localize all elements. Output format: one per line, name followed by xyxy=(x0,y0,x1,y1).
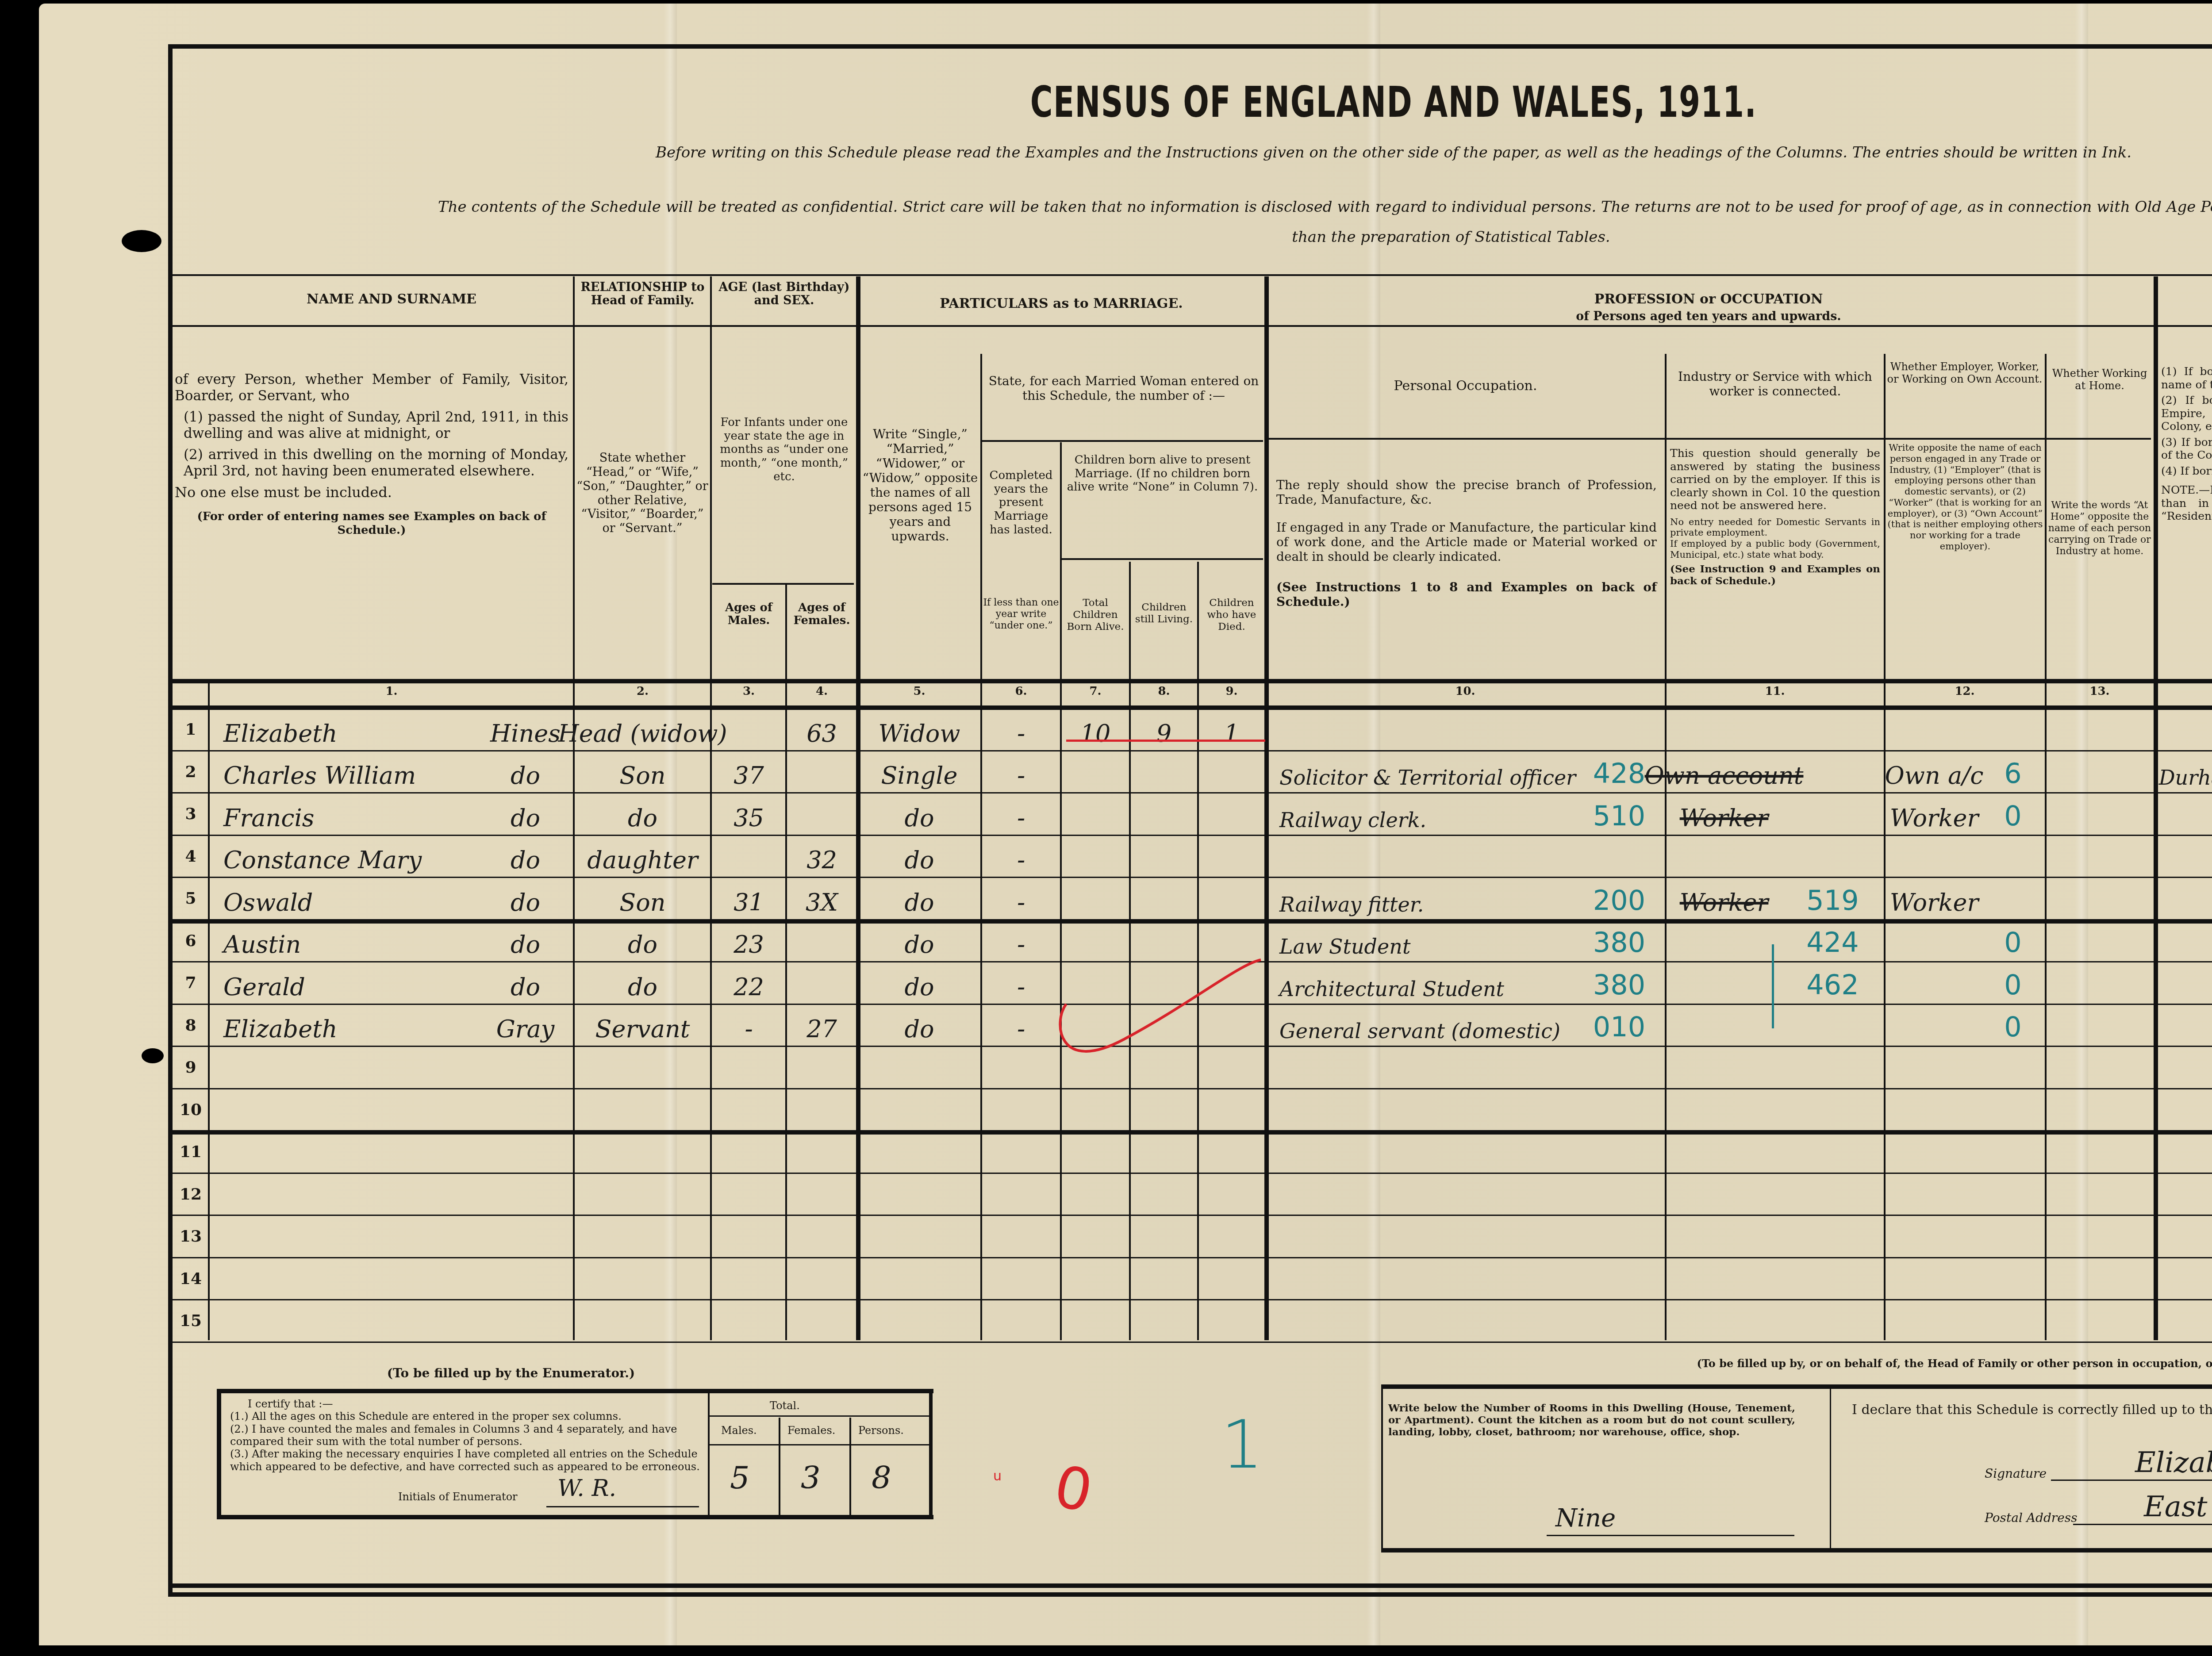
table-cell xyxy=(858,1088,980,1131)
table-cell xyxy=(210,1215,476,1257)
table-cell xyxy=(1131,919,1197,962)
header-relationship-title: RELATIONSHIP to Head of Family. xyxy=(575,281,710,307)
cell-years: - xyxy=(1017,889,1025,916)
cell-emp-code: 0 xyxy=(2004,926,2021,958)
table-cell: Son xyxy=(575,877,710,919)
cell-marital: do xyxy=(904,973,934,1001)
table-cell xyxy=(1199,919,1264,962)
table-cell: Elizabeth xyxy=(210,708,476,750)
cell-surname: do xyxy=(511,804,540,832)
initials-label: Initials of Enumerator xyxy=(398,1491,518,1503)
table-cell: do xyxy=(575,961,710,1004)
header-years-note: If less than one year write “under one.” xyxy=(982,597,1060,632)
table-cell xyxy=(712,1173,785,1215)
table-cell: Worker xyxy=(1886,792,1983,835)
binding-hole xyxy=(122,230,161,252)
cell-years: - xyxy=(1017,762,1025,790)
table-cell: Single xyxy=(858,750,980,793)
name-desc-3: No one else must be included. xyxy=(175,484,568,501)
cell-age-m: 22 xyxy=(733,973,764,1001)
table-cell: do - do xyxy=(2155,792,2212,835)
table-cell xyxy=(1783,1215,1882,1257)
row-number: 10 xyxy=(173,1100,208,1119)
signature-value: Elizabeth Hines xyxy=(2135,1446,2212,1479)
table-cell xyxy=(1266,1046,1576,1088)
table-cell: Railway fitter. xyxy=(1266,877,1576,919)
table-cell: 37 xyxy=(712,750,785,793)
table-cell xyxy=(1886,1130,1983,1173)
cell-marital: do xyxy=(904,889,934,916)
table-cell xyxy=(1062,792,1129,835)
table-cell: Widow xyxy=(858,708,980,750)
table-cell xyxy=(1266,1299,1576,1342)
row-number: 6 xyxy=(173,931,208,950)
rooms-instruction: Write below the Number of Rooms in this … xyxy=(1388,1402,1795,1438)
industry-desc-3: If employed by a public body (Government… xyxy=(1670,538,1880,560)
table-cell: 462 xyxy=(1783,961,1882,1004)
table-cell xyxy=(1886,1299,1983,1342)
row-number: 13 xyxy=(173,1227,208,1246)
table-cell xyxy=(1199,792,1264,835)
personal-desc-2: If engaged in any Trade or Manufacture, … xyxy=(1276,520,1657,564)
table-cell: Oswald xyxy=(210,877,476,919)
cell-emp-code: 0 xyxy=(2004,969,2021,1001)
header-employer: Whether Employer, Worker, or Working on … xyxy=(1886,360,2044,386)
row-divider xyxy=(173,1342,2212,1343)
table-cell xyxy=(478,1299,573,1342)
table-cell xyxy=(1982,835,2044,877)
confidential-line-2: than the preparation of Statistical Tabl… xyxy=(186,228,2212,246)
industry-desc-1: This question should generally be answer… xyxy=(1670,447,1880,512)
cell-age-f: 27 xyxy=(806,1015,837,1043)
table-cell xyxy=(1982,1173,2044,1215)
page-title: CENSUS OF ENGLAND AND WALES, 1911. xyxy=(868,77,1919,127)
table-cell xyxy=(575,1257,710,1299)
table-cell xyxy=(1982,877,2044,919)
table-cell: do xyxy=(478,835,573,877)
table-cell xyxy=(982,1088,1060,1131)
table-cell xyxy=(1667,1130,1782,1173)
underline xyxy=(2051,1480,2212,1481)
red-strike-line xyxy=(1066,740,1265,742)
cell-marital: do xyxy=(904,931,934,958)
table-cell xyxy=(1783,1130,1882,1173)
table-cell xyxy=(2047,708,2153,750)
certify-label: I certify that :— xyxy=(230,1398,708,1410)
header-children-living: Children still Living. xyxy=(1131,602,1197,625)
header-birthplace-desc: (1) If born in the United Kingdom, write… xyxy=(2161,365,2212,523)
declaration: I declare that this Schedule is correctl… xyxy=(1852,1402,2212,1418)
table-cell xyxy=(1783,835,1882,877)
table-cell xyxy=(1199,1088,1264,1131)
table-cell xyxy=(210,1046,476,1088)
table-cell xyxy=(2155,1173,2212,1215)
enumerator-certify: I certify that :— (1.) All the ages on t… xyxy=(230,1398,708,1473)
col-line xyxy=(708,1393,710,1519)
table-cell: do - do xyxy=(2155,835,2212,877)
table-cell xyxy=(1062,750,1129,793)
row-number: 14 xyxy=(173,1269,208,1288)
table-cell xyxy=(2155,1299,2212,1342)
cell-first: Elizabeth xyxy=(223,720,338,747)
table-cell xyxy=(210,1130,476,1173)
header-personal-desc: The reply should show the precise branch… xyxy=(1276,478,1657,609)
cell-years: - xyxy=(1017,931,1025,958)
cell-surname: do xyxy=(511,931,540,958)
table-cell xyxy=(1199,835,1264,877)
table-cell: - xyxy=(982,708,1060,750)
table-cell: do - do xyxy=(2155,1004,2212,1046)
table-cell: - xyxy=(982,877,1060,919)
table-cell xyxy=(712,1257,785,1299)
cell-occupation: Law Student xyxy=(1279,935,1410,958)
industry-desc-2: No entry needed for Domestic Servants in… xyxy=(1670,517,1880,539)
table-cell xyxy=(1199,750,1264,793)
table-cell: do xyxy=(858,961,980,1004)
table-cell xyxy=(1667,708,1782,750)
col-num: 14. xyxy=(2155,685,2212,698)
table-cell xyxy=(1266,1173,1576,1215)
name-desc-1: (1) passed the night of Sunday, April 2n… xyxy=(175,409,568,441)
table-cell xyxy=(210,1257,476,1299)
table-cell xyxy=(787,1215,856,1257)
table-cell xyxy=(1199,1215,1264,1257)
certify-item-3: (3.) After making the necessary enquirie… xyxy=(230,1448,708,1473)
table-cell xyxy=(2047,1088,2153,1131)
table-cell xyxy=(1982,1299,2044,1342)
table-cell xyxy=(1886,1046,1983,1088)
table-cell xyxy=(712,1215,785,1257)
table-cell: 10 xyxy=(1062,708,1129,750)
table-cell xyxy=(1667,1299,1782,1342)
red-check-mark xyxy=(1053,955,1265,1079)
table-cell: Law Student xyxy=(1266,919,1576,962)
cell-occ-code: 428 xyxy=(1593,757,1645,790)
header-age-males: Ages of Males. xyxy=(712,602,785,627)
table-cell xyxy=(2047,835,2153,877)
cell-emp-code: 0 xyxy=(2004,1011,2021,1043)
head-of-family-box: Write below the Number of Rooms in this … xyxy=(1381,1384,2212,1552)
table-cell xyxy=(210,1088,476,1131)
table-cell xyxy=(1667,1004,1782,1046)
cell-years: - xyxy=(1017,973,1025,1001)
table-cell xyxy=(1886,1257,1983,1299)
col-num: 6. xyxy=(982,685,1060,698)
header-birthplace-title: BIRTHPLACE xyxy=(2155,292,2212,306)
table-cell: 22 xyxy=(712,961,785,1004)
cell-age-m: - xyxy=(745,1015,753,1043)
table-cell xyxy=(712,1088,785,1131)
cell-birthplace: Durham - Sunderland xyxy=(2159,766,2212,790)
cell-surname: do xyxy=(511,762,540,790)
cell-age-m: 37 xyxy=(733,762,764,790)
table-cell: Own account xyxy=(1667,750,1782,793)
table-cell xyxy=(787,750,856,793)
table-cell: - xyxy=(982,1004,1060,1046)
birthplace-desc-2: (2) If born in any other part of the Bri… xyxy=(2161,394,2212,433)
table-cell: 0 xyxy=(1982,919,2044,962)
cell-industry: Worker xyxy=(1680,804,1769,832)
initials-value: W. R. xyxy=(557,1475,616,1502)
col-line xyxy=(208,681,210,1340)
col-num: 4. xyxy=(787,685,856,698)
table-cell xyxy=(712,835,785,877)
address-value: East Boldon xyxy=(2144,1491,2212,1523)
cell-marital: Widow xyxy=(878,720,960,747)
table-cell xyxy=(858,1173,980,1215)
divider xyxy=(710,1444,931,1445)
table-cell xyxy=(1266,1088,1576,1131)
table-cell xyxy=(575,1173,710,1215)
divider xyxy=(710,1415,931,1417)
table-cell xyxy=(1131,1088,1197,1131)
divider xyxy=(173,274,2212,276)
table-cell xyxy=(1062,1299,1129,1342)
underline xyxy=(2073,1524,2212,1525)
table-cell xyxy=(1667,1173,1782,1215)
table-cell xyxy=(858,1130,980,1173)
table-cell xyxy=(1575,1257,1663,1299)
table-cell xyxy=(1131,792,1197,835)
header-marriage-status: Write “Single,” “Married,” “Widower,” or… xyxy=(860,427,980,544)
header-name-title: NAME AND SURNAME xyxy=(210,292,573,307)
row-number: 12 xyxy=(173,1185,208,1204)
cell-age-f: 32 xyxy=(806,846,837,874)
table-cell xyxy=(1199,877,1264,919)
cell-surname: do xyxy=(511,973,540,1001)
table-cell: 510 xyxy=(1575,792,1663,835)
row-number: 9 xyxy=(173,1058,208,1077)
cell-first: Oswald xyxy=(223,889,313,916)
table-cell xyxy=(1062,1257,1129,1299)
cell-surname: Hines xyxy=(490,720,561,747)
table-cell xyxy=(1886,1088,1983,1131)
table-cell xyxy=(1886,835,1983,877)
cell-age-f: 3X xyxy=(806,889,838,916)
header-children-total: Total Children Born Alive. xyxy=(1062,597,1129,633)
header-home-desc: Write the words “At Home” opposite the n… xyxy=(2047,500,2153,557)
table-cell: do xyxy=(858,835,980,877)
table-cell: do xyxy=(478,877,573,919)
header-married-woman: State, for each Married Woman entered on… xyxy=(984,374,1263,403)
table-cell xyxy=(2047,1299,2153,1342)
table-cell xyxy=(210,1299,476,1342)
table-cell xyxy=(1886,919,1983,962)
table-cell xyxy=(1062,1173,1129,1215)
total-persons: 8 xyxy=(872,1460,891,1496)
table-cell xyxy=(575,1215,710,1257)
table-cell xyxy=(1131,1299,1197,1342)
table-cell xyxy=(1982,1088,2044,1131)
table-cell xyxy=(1575,1130,1663,1173)
blue-one: 1 xyxy=(1221,1407,1263,1483)
table-cell xyxy=(575,1130,710,1173)
table-cell xyxy=(1667,1215,1782,1257)
table-cell xyxy=(2155,1088,2212,1131)
address-label: Postal Address xyxy=(1985,1510,2078,1525)
cell-age-m: 31 xyxy=(733,889,764,916)
table-cell: 3X xyxy=(787,877,856,919)
table-cell xyxy=(1886,1215,1983,1257)
cell-marital: do xyxy=(904,1015,934,1043)
cell-born: 10 xyxy=(1080,720,1111,747)
table-cell: Gray xyxy=(478,1004,573,1046)
header-home: Whether Working at Home. xyxy=(2047,367,2153,392)
birthplace-note: NOTE.—In the case of persons born elsewh… xyxy=(2161,483,2212,523)
table-cell: Own a/c xyxy=(1886,750,1983,793)
header-years-married: Completed years the present Marriage has… xyxy=(982,469,1060,537)
table-cell: 0 xyxy=(1982,961,2044,1004)
header-name-desc: of every Person, whether Member of Famil… xyxy=(175,372,568,537)
birthplace-desc-1: (1) If born in the United Kingdom, write… xyxy=(2161,365,2212,391)
table-cell: daughter xyxy=(575,835,710,877)
col-num: 12. xyxy=(1886,685,2044,698)
table-cell xyxy=(478,1088,573,1131)
table-cell: Worker xyxy=(1667,877,1782,919)
table-cell: Railway clerk. xyxy=(1266,792,1576,835)
table-cell: Austin xyxy=(210,919,476,962)
cell-ind-code: 424 xyxy=(1806,926,1859,958)
table-cell xyxy=(1667,919,1782,962)
cell-first: Elizabeth xyxy=(223,1015,338,1043)
table-cell xyxy=(1062,877,1129,919)
table-cell: Elizabeth xyxy=(210,1004,476,1046)
table-cell xyxy=(1199,1299,1264,1342)
table-cell: Servant xyxy=(575,1004,710,1046)
cell-surname: Gray xyxy=(496,1015,555,1043)
table-cell xyxy=(787,1088,856,1131)
table-cell xyxy=(1783,1088,1882,1131)
underline xyxy=(1547,1535,1794,1536)
table-cell xyxy=(858,1215,980,1257)
cell-relationship: Servant xyxy=(595,1015,690,1043)
table-cell xyxy=(1982,1215,2044,1257)
red-mark: u xyxy=(993,1468,1002,1484)
col-line xyxy=(710,276,712,1340)
table-cell xyxy=(1266,1257,1576,1299)
table-cell xyxy=(1982,1046,2044,1088)
header-personal-occupation: Personal Occupation. xyxy=(1267,378,1663,394)
col-num: 9. xyxy=(1199,685,1264,698)
table-cell xyxy=(2047,1215,2153,1257)
table-cell xyxy=(1783,1257,1882,1299)
col-line xyxy=(1830,1389,1831,1552)
table-cell xyxy=(478,1173,573,1215)
table-cell xyxy=(1266,1215,1576,1257)
birthplace-desc-3: (3) If born in a Foreign Country, write … xyxy=(2161,436,2212,462)
table-cell xyxy=(478,1130,573,1173)
table-cell xyxy=(1062,1215,1129,1257)
table-cell xyxy=(1783,1046,1882,1088)
certify-item-1: (1.) All the ages on this Schedule are e… xyxy=(230,1410,708,1422)
cell-relationship: do xyxy=(628,804,657,832)
table-cell: do xyxy=(858,919,980,962)
table-cell xyxy=(1131,750,1197,793)
table-cell xyxy=(1131,877,1197,919)
instruction-line: Before writing on this Schedule please r… xyxy=(487,144,2212,161)
cell-ind-code: 519 xyxy=(1806,884,1859,916)
table-cell: Charles William xyxy=(210,750,476,793)
col-num: 10. xyxy=(1266,685,1664,698)
personal-desc-1: The reply should show the precise branch… xyxy=(1276,478,1657,507)
table-cell: - xyxy=(982,792,1060,835)
table-cell xyxy=(1266,708,1576,750)
table-cell: 6 xyxy=(1982,750,2044,793)
col-num: 2. xyxy=(575,685,710,698)
rooms-value: Nine xyxy=(1555,1504,1616,1533)
col-num: 11. xyxy=(1667,685,1883,698)
table-cell xyxy=(1886,708,1983,750)
header-age-females: Ages of Females. xyxy=(787,602,856,627)
table-cell xyxy=(1667,1088,1782,1131)
cell-employer: Own a/c xyxy=(1885,762,1983,790)
table-cell: Son xyxy=(575,750,710,793)
name-desc-4: (For order of entering names see Example… xyxy=(175,510,568,537)
table-cell xyxy=(1783,708,1882,750)
header-occupation-subtitle: of Persons aged ten years and upwards. xyxy=(1266,310,2151,324)
row-number: 4 xyxy=(173,847,208,866)
total-males: 5 xyxy=(730,1460,750,1496)
table-cell: Worker xyxy=(1886,877,1983,919)
cell-age-f: 63 xyxy=(806,720,837,747)
table-cell xyxy=(982,1257,1060,1299)
table-cell xyxy=(478,1215,573,1257)
row-number: 5 xyxy=(173,889,208,908)
divider xyxy=(173,325,2212,327)
table-cell xyxy=(575,1299,710,1342)
cell-marital: do xyxy=(904,804,934,832)
cell-years: - xyxy=(1017,720,1025,747)
divider xyxy=(173,1583,2212,1588)
cell-first: Gerald xyxy=(223,973,305,1001)
table-cell: do - do xyxy=(2155,877,2212,919)
table-cell xyxy=(858,1299,980,1342)
cell-relationship: Son xyxy=(619,889,665,916)
cell-occupation: Architectural Student xyxy=(1279,977,1504,1001)
table-cell xyxy=(1982,1130,2044,1173)
header-employer-desc: Write opposite the name of each person e… xyxy=(1886,442,2044,552)
table-cell xyxy=(712,708,785,750)
box-edge xyxy=(929,1389,933,1519)
table-cell xyxy=(1199,1173,1264,1215)
cell-first: Charles William xyxy=(223,762,416,790)
cell-age-m: 35 xyxy=(733,804,764,832)
table-cell xyxy=(1886,961,1983,1004)
cell-occ-code: 010 xyxy=(1593,1011,1645,1043)
table-cell xyxy=(2155,1257,2212,1299)
name-desc-intro: of every Person, whether Member of Famil… xyxy=(175,372,568,404)
cell-occ-code: 380 xyxy=(1593,926,1645,958)
head-of-family-heading: (To be filled up by, or on behalf of, th… xyxy=(1371,1358,2212,1369)
males-label: Males. xyxy=(721,1424,757,1437)
table-cell xyxy=(1062,835,1129,877)
cell-employer: Worker xyxy=(1890,804,1979,832)
table-cell: - xyxy=(982,835,1060,877)
cell-occupation: Railway fitter. xyxy=(1279,893,1424,916)
table-cell xyxy=(1783,792,1882,835)
table-cell: 200 xyxy=(1575,877,1663,919)
table-cell: 31 xyxy=(712,877,785,919)
header-birthplace-subtitle: of every person. xyxy=(2155,310,2212,324)
table-cell: Constance Mary xyxy=(210,835,476,877)
cell-industry: Own account xyxy=(1645,762,1804,790)
females-label: Females. xyxy=(787,1424,835,1437)
cell-years: - xyxy=(1017,846,1025,874)
table-cell xyxy=(712,1130,785,1173)
table-cell xyxy=(1266,835,1576,877)
table-cell: do xyxy=(478,792,573,835)
cell-years: - xyxy=(1017,804,1025,832)
